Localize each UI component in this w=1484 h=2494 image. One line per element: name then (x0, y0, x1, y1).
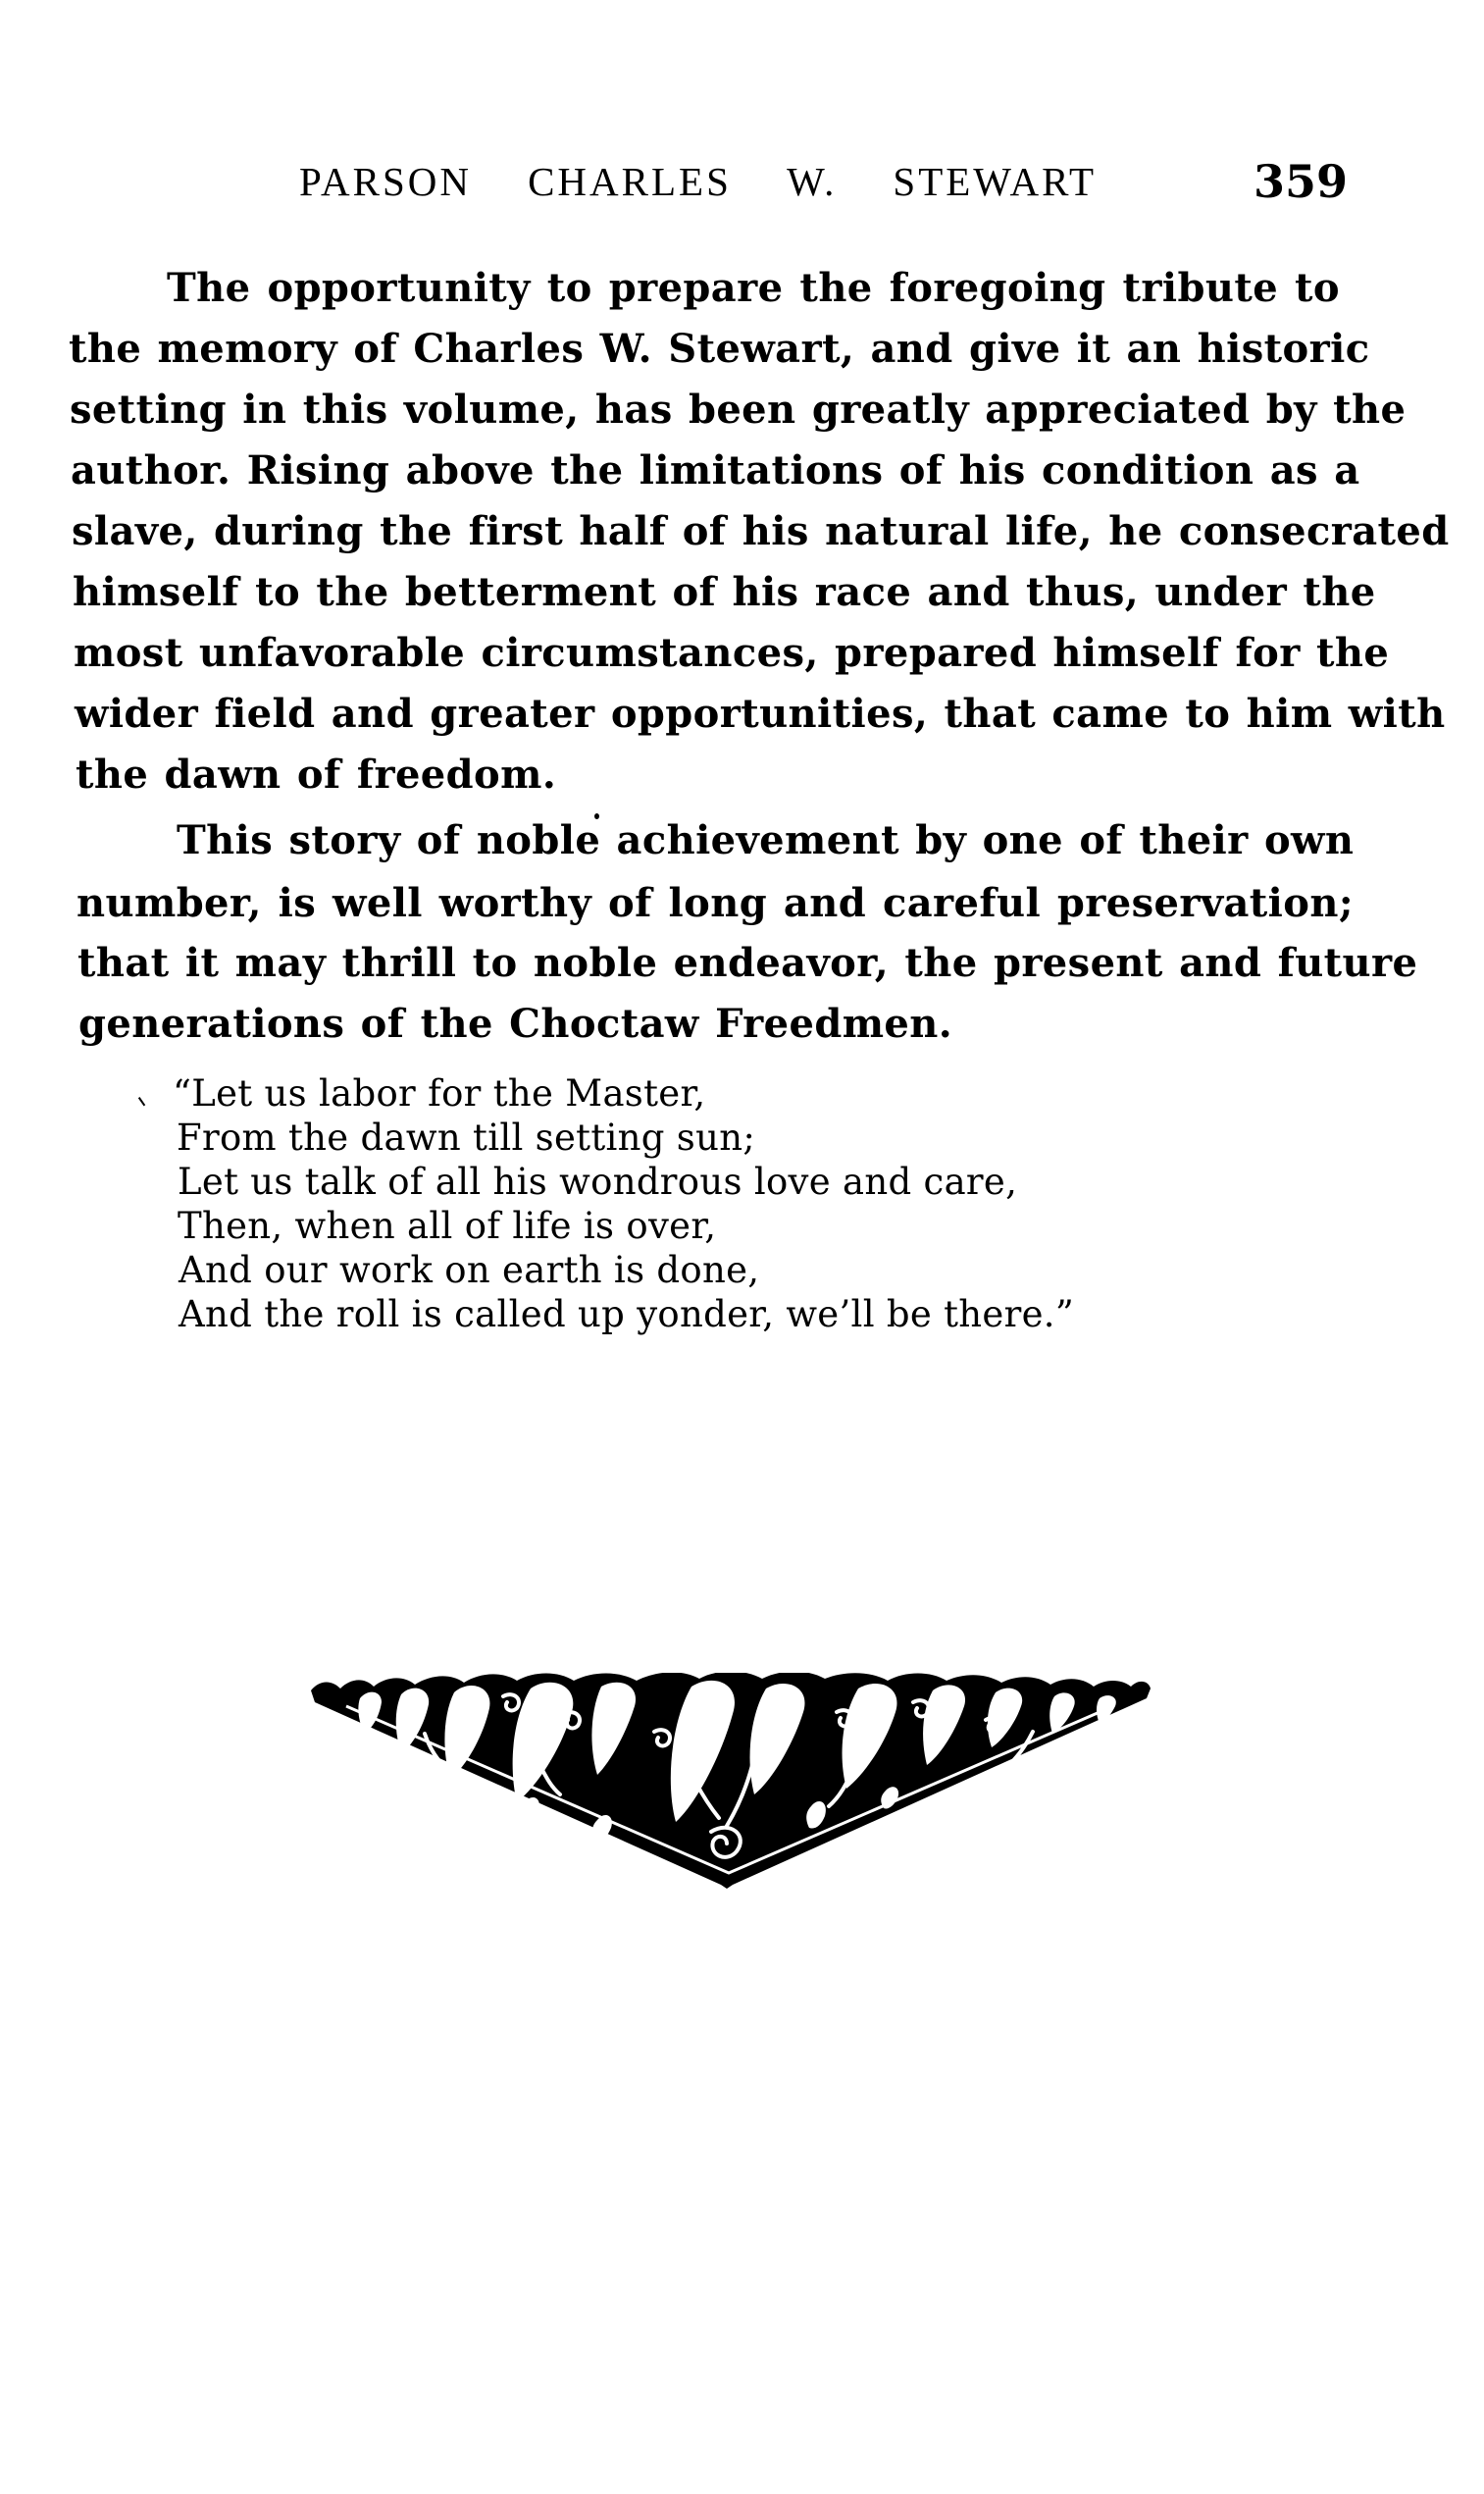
print-artifact-dot (594, 813, 599, 819)
paragraph-line: the dawn of freedom. (76, 748, 1353, 803)
verse-line: From the dawn till setting sun; (177, 1116, 755, 1161)
book-page: PARSON CHARLES W. STEWART 359 The opport… (0, 0, 1484, 2494)
paragraph-line: wider field and greater opportunities, t… (75, 687, 1352, 742)
paragraph-line: slave, during the first half of his natu… (72, 504, 1346, 559)
paragraph-line: This story of noble achievement by one o… (177, 813, 1352, 868)
print-artifact-tick (138, 1094, 150, 1107)
tailpiece-ornament-icon (307, 1673, 1152, 1891)
paragraph-line: setting in this volume, has been greatly… (70, 383, 1342, 438)
verse-line: Then, when all of life is over, (178, 1204, 716, 1249)
paragraph-line: generations of the Choctaw Freedmen. (78, 997, 1356, 1052)
paragraph-line: that it may thrill to noble endeavor, th… (77, 936, 1355, 991)
verse-line: And the roll is called up yonder, we’ll … (179, 1292, 1074, 1337)
paragraph-line: author. Rising above the limitations of … (71, 443, 1344, 498)
verse-line: “Let us labor for the Master, (173, 1071, 705, 1117)
paragraph-line: number, is well worthy of long and caref… (77, 876, 1354, 931)
paragraph-line: the memory of Charles W. Stewart, and gi… (69, 322, 1341, 377)
running-head-title: PARSON CHARLES W. STEWART (299, 157, 1097, 206)
page-number: 359 (1254, 155, 1340, 208)
verse-line: And our work on earth is done, (179, 1248, 759, 1293)
verse-line: Let us talk of all his wondrous love and… (178, 1160, 1017, 1205)
paragraph-line: himself to the betterment of his race an… (73, 565, 1348, 620)
paragraph-line: most unfavorable circumstances, prepared… (74, 626, 1350, 681)
paragraph-line: The opportunity to prepare the foregoing… (167, 261, 1340, 316)
